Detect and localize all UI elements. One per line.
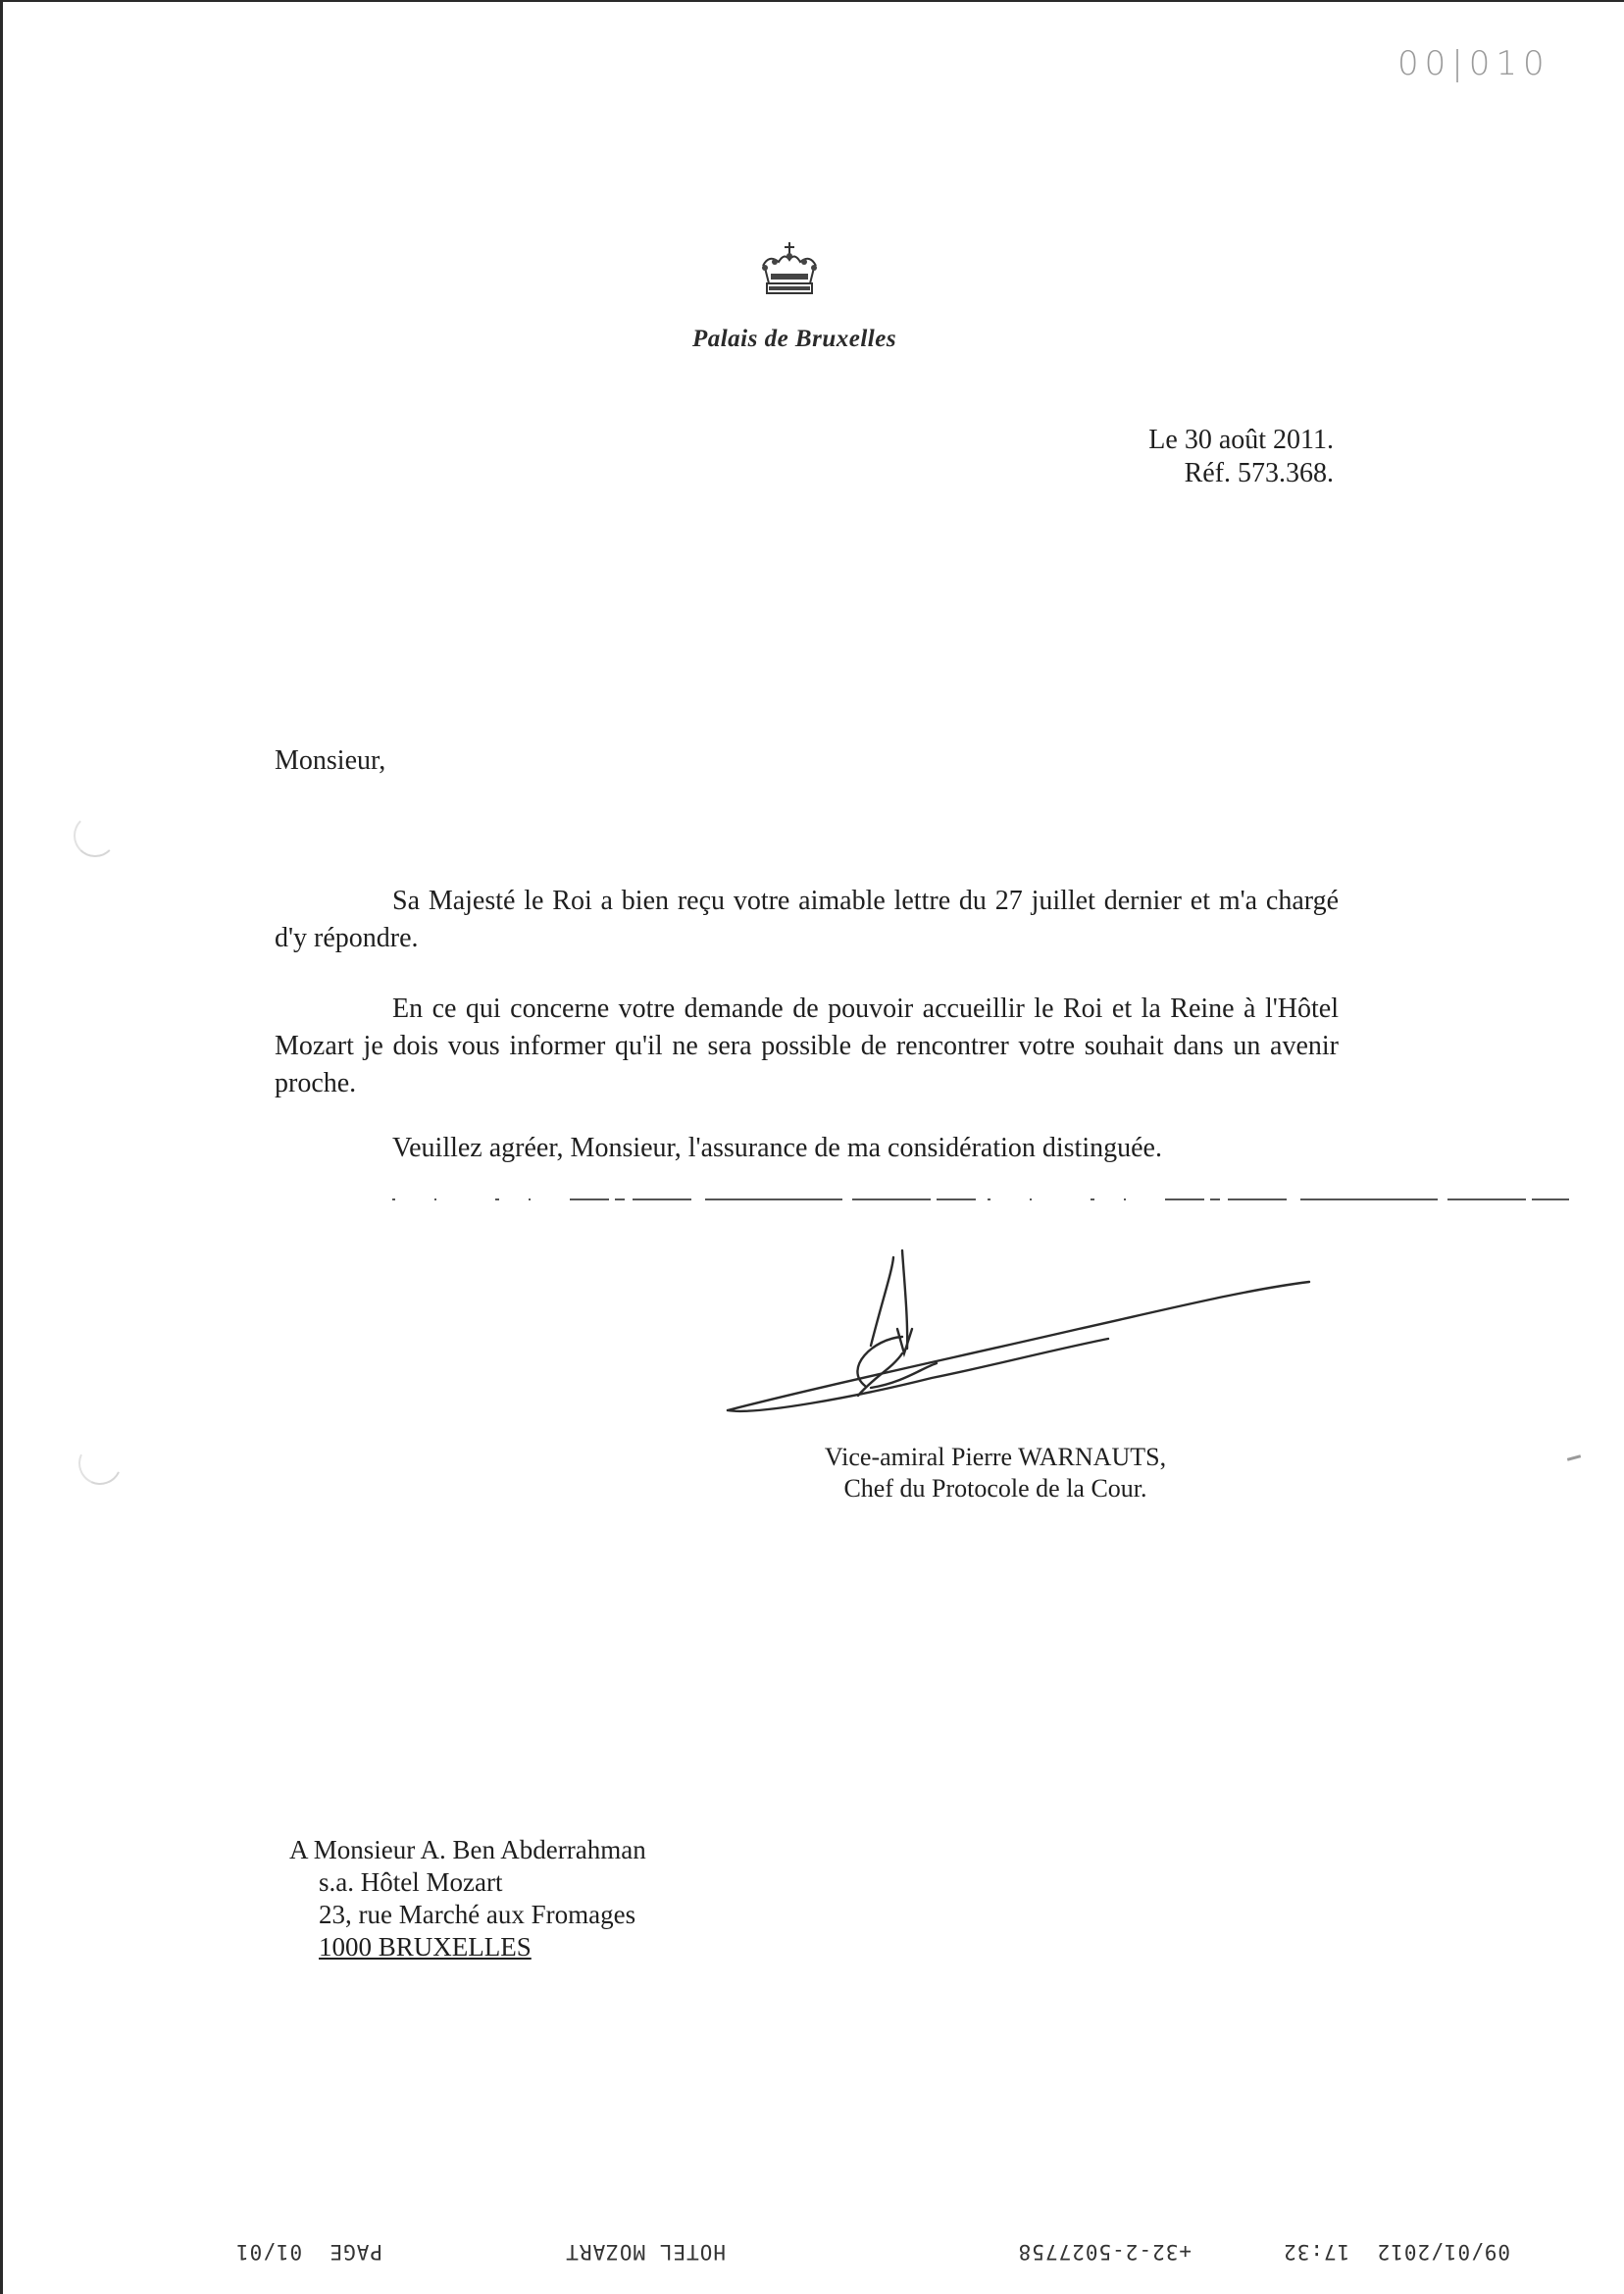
royal-crown-icon bbox=[755, 240, 824, 299]
scanned-letter-page: 00|010 Palais de Bruxelles Le 30 août 20… bbox=[0, 0, 1624, 2294]
scan-artifact-dashed-line bbox=[392, 1197, 1569, 1202]
letterhead-institution: Palais de Bruxelles bbox=[677, 326, 912, 353]
fax-phone-number: +32-2-5027758 bbox=[1018, 2240, 1192, 2264]
paragraph-response: En ce qui concerne votre demande de pouv… bbox=[275, 991, 1339, 1102]
handwritten-annotation: 00|010 bbox=[1397, 44, 1550, 83]
fax-datetime: 09/01/2012 17:32 bbox=[1283, 2240, 1510, 2264]
signatory-name: Vice-amiral Pierre WARNAUTS, bbox=[775, 1442, 1216, 1473]
letter-reference: Réf. 573.368. bbox=[1148, 457, 1334, 490]
signatory-title: Chef du Protocole de la Cour. bbox=[775, 1473, 1216, 1504]
recipient-company: s.a. Hôtel Mozart bbox=[289, 1866, 646, 1899]
fax-transmission-header: 09/01/2012 17:32 +32-2-5027758 HOTEL MOZ… bbox=[118, 2234, 1510, 2264]
punch-hole-mark bbox=[74, 814, 117, 857]
signatory-block: Vice-amiral Pierre WARNAUTS, Chef du Pro… bbox=[775, 1442, 1216, 1504]
recipient-city: 1000 BRUXELLES bbox=[289, 1931, 646, 1963]
date-reference-block: Le 30 août 2011. Réf. 573.368. bbox=[1148, 424, 1334, 490]
paragraph-closing: Veuillez agréer, Monsieur, l'assurance d… bbox=[275, 1130, 1339, 1167]
recipient-address: A Monsieur A. Ben Abderrahman s.a. Hôtel… bbox=[289, 1834, 646, 1963]
fax-page-count: PAGE 01/01 bbox=[235, 2240, 382, 2264]
fax-sender-name: HOTEL MOZART bbox=[565, 2240, 726, 2264]
salutation: Monsieur, bbox=[275, 745, 385, 777]
scan-edge-top bbox=[0, 0, 1624, 2]
recipient-name: A Monsieur A. Ben Abderrahman bbox=[289, 1834, 646, 1866]
handwritten-signature bbox=[696, 1241, 1324, 1437]
letter-date: Le 30 août 2011. bbox=[1148, 424, 1334, 457]
scan-artifact-mark bbox=[1567, 1454, 1581, 1461]
scan-edge-left bbox=[0, 0, 3, 2294]
recipient-street: 23, rue Marché aux Fromages bbox=[289, 1899, 646, 1931]
paragraph-acknowledgement: Sa Majesté le Roi a bien reçu votre aima… bbox=[275, 883, 1339, 957]
punch-hole-mark bbox=[73, 1436, 127, 1491]
